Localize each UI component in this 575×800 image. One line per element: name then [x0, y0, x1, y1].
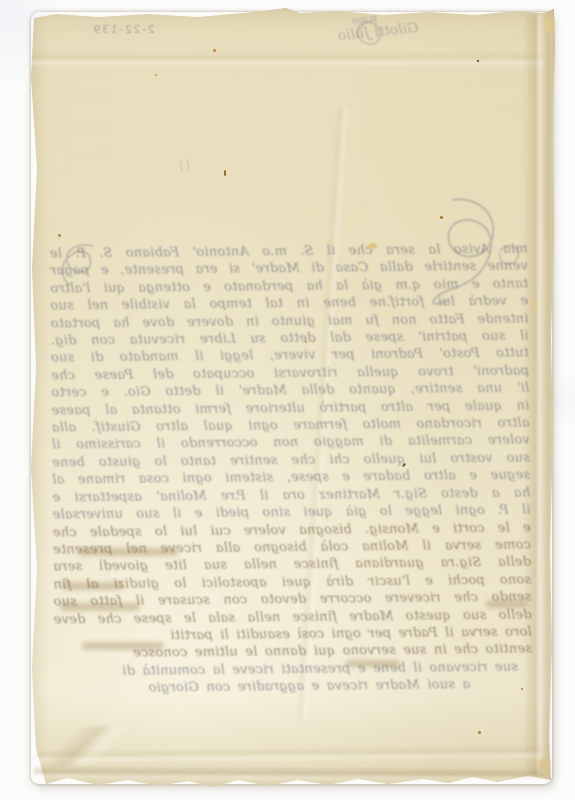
scanned-manuscript-page: { "document": { "alt_text": "Verso of an… — [0, 0, 575, 800]
archival-number: 2-22-139 — [92, 23, 155, 36]
bleedthrough-handwriting: mia Aviso la sera che il S. m.o Antonio'… — [50, 241, 533, 699]
handwriting-block-wrapper: mia Aviso la sera che il S. m.o Antonio'… — [50, 241, 533, 699]
